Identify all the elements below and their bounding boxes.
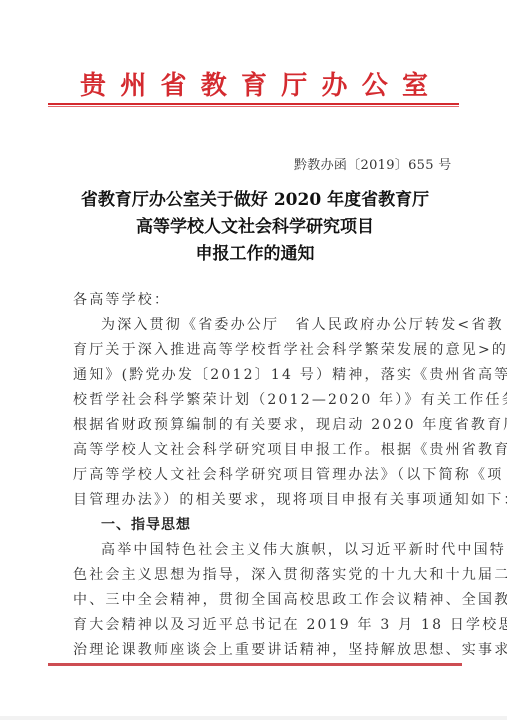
body-line: 育大会精神以及习近平总书记在 2019 年 3 月 18 日学校思想政 <box>73 613 433 638</box>
footer-divider <box>48 663 462 666</box>
body-line: 色社会主义思想为指导，深入贯彻落实党的十九大和十九届二 <box>73 563 433 588</box>
title-line: 省教育厅办公室关于做好 2020 年度省教育厅 <box>40 187 470 214</box>
body-line: 厅高等学校人文社会科学研究项目管理办法》（以下简称《项 <box>73 463 433 488</box>
body-line: 高等学校人文社会科学研究项目申报工作。根据《贵州省教育 <box>73 438 433 463</box>
body-line: 中、三中全会精神，贯彻全国高校思政工作会议精神、全国教 <box>73 588 433 613</box>
document-title: 省教育厅办公室关于做好 2020 年度省教育厅 高等学校人文社会科学研究项目 申… <box>40 187 470 268</box>
document-number: 黔教办函〔2019〕655 号 <box>294 154 452 173</box>
letterhead-divider <box>48 103 459 105</box>
letterhead-char: 省 <box>159 65 189 102</box>
body-line: 治理论课教师座谈会上重要讲话精神，坚持解放思想、实事求 <box>73 638 433 663</box>
letterhead-char: 育 <box>239 65 269 102</box>
body-line: 育厅关于深入推进高等学校哲学社会科学繁荣发展的意见>的 <box>73 338 433 363</box>
body-line: 为深入贯彻《省委办公厅 省人民政府办公厅转发<省教 <box>73 313 433 338</box>
org-letterhead: 贵 州 省 教 育 厅 办 公 室 <box>78 66 430 100</box>
letterhead-char: 办 <box>320 65 350 102</box>
title-line: 高等学校人文社会科学研究项目 <box>40 214 470 241</box>
salutation: 各高等学校： <box>73 288 433 313</box>
section-heading: 一、指导思想 <box>73 513 433 538</box>
body-line: 高举中国特色社会主义伟大旗帜，以习近平新时代中国特 <box>73 538 433 563</box>
body-line: 目管理办法》）的相关要求，现将项目申报有关事项通知如下： <box>73 488 433 513</box>
letterhead-char: 贵 <box>78 65 108 102</box>
letterhead-char: 厅 <box>279 65 309 102</box>
letterhead-char: 公 <box>360 65 390 102</box>
title-line: 申报工作的通知 <box>40 241 470 268</box>
letterhead-divider-thin <box>48 106 459 107</box>
body-line: 校哲学社会科学繁荣计划（2012—2020 年）》有关工作任务， <box>73 388 433 413</box>
body-line: 通知》(黔党办发〔2012〕14 号）精神，落实《贵州省高等学 <box>73 363 433 388</box>
letterhead-char: 室 <box>400 65 430 102</box>
letterhead-char: 州 <box>118 65 148 102</box>
document-page: 贵 州 省 教 育 厅 办 公 室 黔教办函〔2019〕655 号 省教育厅办公… <box>0 0 507 716</box>
letterhead-char: 教 <box>199 65 229 102</box>
document-body: 各高等学校： 为深入贯彻《省委办公厅 省人民政府办公厅转发<省教 育厅关于深入推… <box>73 288 433 663</box>
body-line: 根据省财政预算编制的有关要求，现启动 2020 年度省教育厅 <box>73 413 433 438</box>
